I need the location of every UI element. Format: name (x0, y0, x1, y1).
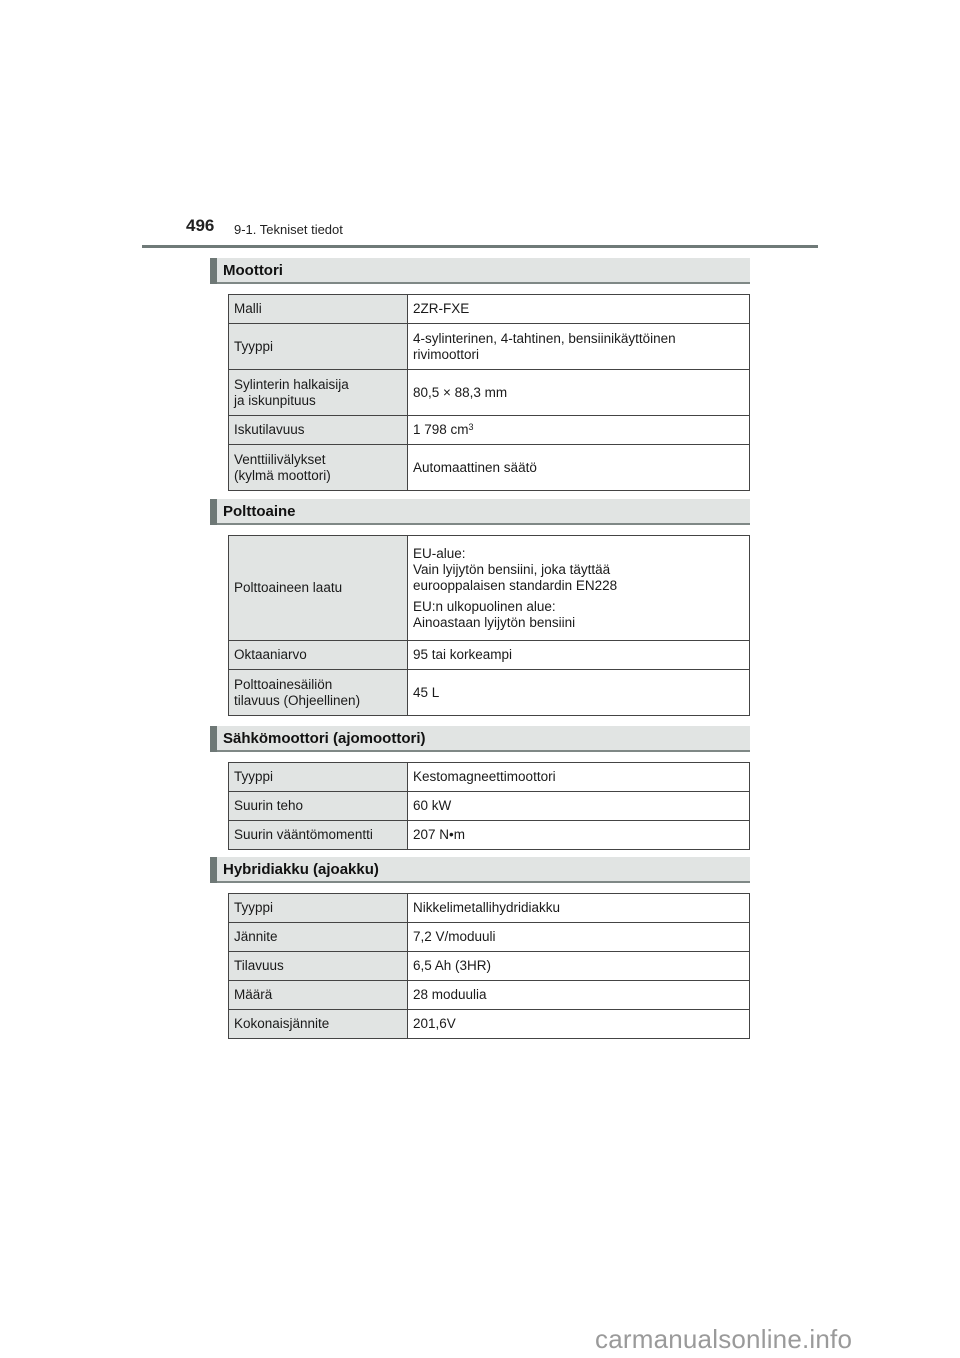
table-row: Sylinterin halkaisijaja iskunpituus 80,5… (229, 370, 750, 416)
spec-key: Tyyppi (229, 763, 408, 792)
spec-value: 7,2 V/moduuli (408, 923, 750, 952)
section-electric-motor: Sähkömoottori (ajomoottori) Tyyppi Kesto… (210, 726, 750, 850)
table-row: Tyyppi Nikkelimetallihydridiakku (229, 894, 750, 923)
table-row: Polttoainesäiliöntilavuus (Ohjeellinen) … (229, 670, 750, 716)
page-number: 496 (186, 216, 214, 236)
section-hybrid-battery: Hybridiakku (ajoakku) Tyyppi Nikkelimeta… (210, 857, 750, 1039)
spec-table-fuel: Polttoaineen laatu EU-alue:Vain lyijytön… (228, 535, 750, 716)
spec-value: 28 moduulia (408, 981, 750, 1010)
spec-key: Suurin vääntömomentti (229, 821, 408, 850)
table-row: Jännite 7,2 V/moduuli (229, 923, 750, 952)
table-row: Määrä 28 moduulia (229, 981, 750, 1010)
spec-key: Iskutilavuus (229, 416, 408, 445)
spec-value: 60 kW (408, 792, 750, 821)
page-header: 496 9-1. Tekniset tiedot (142, 214, 818, 246)
spec-value: Automaattinen säätö (408, 445, 750, 491)
section-fuel: Polttoaine Polttoaineen laatu EU-alue:Va… (210, 499, 750, 716)
spec-key: Kokonaisjännite (229, 1010, 408, 1039)
spec-value: 45 L (408, 670, 750, 716)
section-title: Polttoaine (210, 499, 750, 525)
spec-value: 201,6V (408, 1010, 750, 1039)
table-row: Kokonaisjännite 201,6V (229, 1010, 750, 1039)
spec-value: 2ZR-FXE (408, 295, 750, 324)
spec-key: Tyyppi (229, 894, 408, 923)
spec-table-electric-motor: Tyyppi Kestomagneettimoottori Suurin teh… (228, 762, 750, 850)
chapter-title: 9-1. Tekniset tiedot (234, 222, 343, 237)
spec-value: 95 tai korkeampi (408, 641, 750, 670)
spec-key: Sylinterin halkaisijaja iskunpituus (229, 370, 408, 416)
spec-value: EU-alue:Vain lyijytön bensiini, joka täy… (408, 536, 750, 641)
section-engine: Moottori Malli 2ZR-FXE Tyyppi 4-sylinter… (210, 258, 750, 491)
spec-key: Suurin teho (229, 792, 408, 821)
spec-table-engine: Malli 2ZR-FXE Tyyppi 4-sylinterinen, 4-t… (228, 294, 750, 491)
table-row: Tyyppi 4-sylinterinen, 4-tahtinen, bensi… (229, 324, 750, 370)
table-row: Tilavuus 6,5 Ah (3HR) (229, 952, 750, 981)
table-row: Tyyppi Kestomagneettimoottori (229, 763, 750, 792)
table-row: Iskutilavuus 1 798 cm3 (229, 416, 750, 445)
spec-key: Polttoainesäiliöntilavuus (Ohjeellinen) (229, 670, 408, 716)
spec-key: Tyyppi (229, 324, 408, 370)
header-divider (142, 245, 818, 248)
spec-value: 4-sylinterinen, 4-tahtinen, bensiinikäyt… (408, 324, 750, 370)
table-row: Suurin teho 60 kW (229, 792, 750, 821)
table-row: Venttiilivälykset(kylmä moottori) Automa… (229, 445, 750, 491)
spec-value: Nikkelimetallihydridiakku (408, 894, 750, 923)
spec-key: Malli (229, 295, 408, 324)
section-title: Sähkömoottori (ajomoottori) (210, 726, 750, 752)
spec-table-hybrid-battery: Tyyppi Nikkelimetallihydridiakku Jännite… (228, 893, 750, 1039)
spec-key: Oktaaniarvo (229, 641, 408, 670)
spec-key: Tilavuus (229, 952, 408, 981)
spec-value: 6,5 Ah (3HR) (408, 952, 750, 981)
spec-key: Venttiilivälykset(kylmä moottori) (229, 445, 408, 491)
table-row: Malli 2ZR-FXE (229, 295, 750, 324)
spec-value: 80,5 × 88,3 mm (408, 370, 750, 416)
spec-key: Polttoaineen laatu (229, 536, 408, 641)
table-row: Oktaaniarvo 95 tai korkeampi (229, 641, 750, 670)
table-row: Suurin vääntömomentti 207 N•m (229, 821, 750, 850)
spec-value: 207 N•m (408, 821, 750, 850)
section-title: Hybridiakku (ajoakku) (210, 857, 750, 883)
spec-key: Jännite (229, 923, 408, 952)
section-title: Moottori (210, 258, 750, 284)
watermark: carmanualsonline.info (595, 1324, 852, 1355)
spec-key: Määrä (229, 981, 408, 1010)
spec-value: Kestomagneettimoottori (408, 763, 750, 792)
table-row: Polttoaineen laatu EU-alue:Vain lyijytön… (229, 536, 750, 641)
spec-value: 1 798 cm3 (408, 416, 750, 445)
